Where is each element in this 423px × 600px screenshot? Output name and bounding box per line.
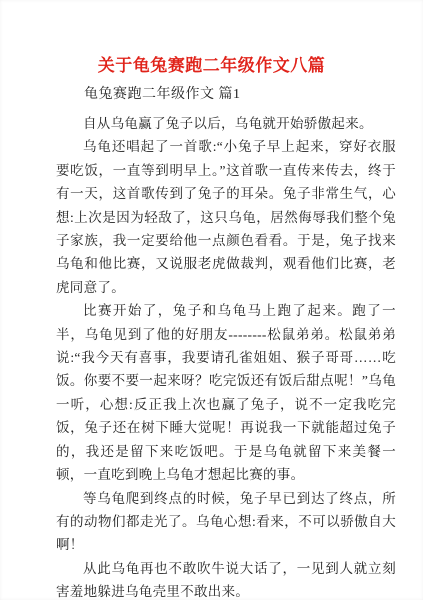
essay-page: 关于龟兔赛跑二年级作文八篇 龟兔赛跑二年级作文 篇1 自从乌龟赢了兔子以后，乌龟… xyxy=(0,0,423,600)
essay-title: 关于龟兔赛跑二年级作文八篇 xyxy=(0,51,423,76)
essay-paragraph-3: 比赛开始了，兔子和乌龟马上跑了起来。跑了一半，乌龟见到了他的好朋友-------… xyxy=(56,299,396,486)
essay-paragraph-5: 从此乌龟再也不敢吹牛说大话了，一见到人就立刻害羞地躲进乌龟壳里不敢出来。 xyxy=(56,557,396,600)
essay-body: 自从乌龟赢了兔子以后，乌龟就开始骄傲起来。 乌龟还唱起了一首歌:“小兔子早上起来… xyxy=(56,112,396,600)
essay-paragraph-2: 乌龟还唱起了一首歌:“小兔子早上起来，穿好衣服要吃饭，一直等到明早上。”这首歌一… xyxy=(56,135,396,299)
essay-paragraph-1: 自从乌龟赢了兔子以后，乌龟就开始骄傲起来。 xyxy=(56,112,396,135)
essay-subtitle: 龟兔赛跑二年级作文 篇1 xyxy=(84,83,241,103)
essay-paragraph-4: 等乌龟爬到终点的时候，兔子早已到达了终点，所有的动物们都走光了。乌龟心想:看来，… xyxy=(56,487,396,557)
